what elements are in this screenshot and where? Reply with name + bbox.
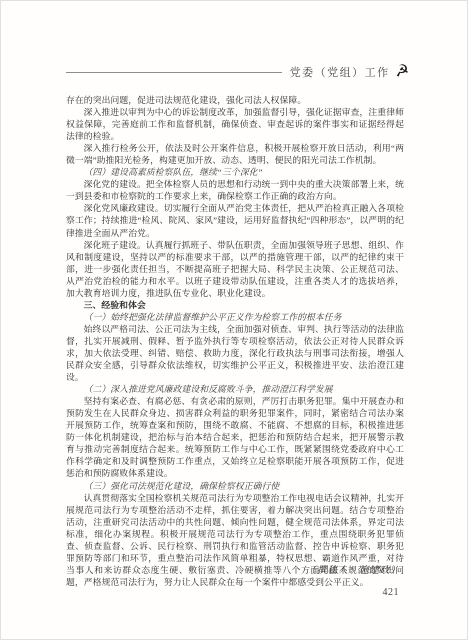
- paragraph: （二）深入推进党风廉政建设和反腐败斗争，推动澄江科学发展: [66, 383, 404, 395]
- body-paragraphs: 存在的突出问题，促进司法规范化建设，强化司法人权保障。深入推进以审判为中心的诉讼…: [66, 94, 404, 588]
- paragraph: （一）始终把强化法律监督维护公平正义作为检察工作的根本任务: [66, 311, 404, 323]
- paragraph: 存在的突出问题，促进司法规范化建设，强化司法人权保障。: [66, 94, 404, 106]
- contributor-credit: （撰稿人：施建政）: [306, 562, 401, 576]
- party-emblem-icon: ☭: [394, 63, 410, 81]
- paragraph: 深入推行检务公开，依法及时公开案件信息，积极开展检察开放日活动，利用“两微一端”…: [66, 142, 404, 166]
- paragraph: 深化党风廉政建设。切实履行全面从严治党主体责任，把从严治检真正融入各项检察工作；…: [66, 202, 404, 238]
- paragraph: 坚持有案必查、有腐必惩、有贪必肃的原则，严厉打击职务犯罪。集中开展查办和预防发生…: [66, 395, 404, 479]
- book-page: 党委（党组）工作 ☭ 存在的突出问题，促进司法规范化建设，强化司法人权保障。深入…: [0, 0, 468, 640]
- paragraph: 深化党的建设。把全体检察人员的思想和行动统一到中央的重大决策部署上来，统一到县委…: [66, 178, 404, 202]
- paragraph: （三）强化司法规范化建设，确保检察权正确行使: [66, 480, 404, 492]
- paragraph: （四）建设高素质检察队伍，继续“三个深化”: [66, 166, 404, 178]
- page-number: 421: [383, 587, 400, 598]
- paragraph: 始终以严格司法、公正司法为主线，全面加强对侦查、审判、执行等活动的法律监督，扎实…: [66, 323, 404, 383]
- header-rule: [66, 72, 282, 73]
- paragraph: 深化班子建设。认真履行抓班子、带队伍职责，全面加强领导班子思想、组织、作风和制度…: [66, 239, 404, 299]
- paragraph: 三、经验和体会: [66, 299, 404, 311]
- page-header: 党委（党组）工作 ☭: [66, 64, 409, 80]
- paragraph: 深入推进以审判为中心的诉讼制度改革，加强监督引导，强化证据审查，注重律师权益保障…: [66, 106, 404, 142]
- running-head-title: 党委（党组）工作: [290, 64, 390, 80]
